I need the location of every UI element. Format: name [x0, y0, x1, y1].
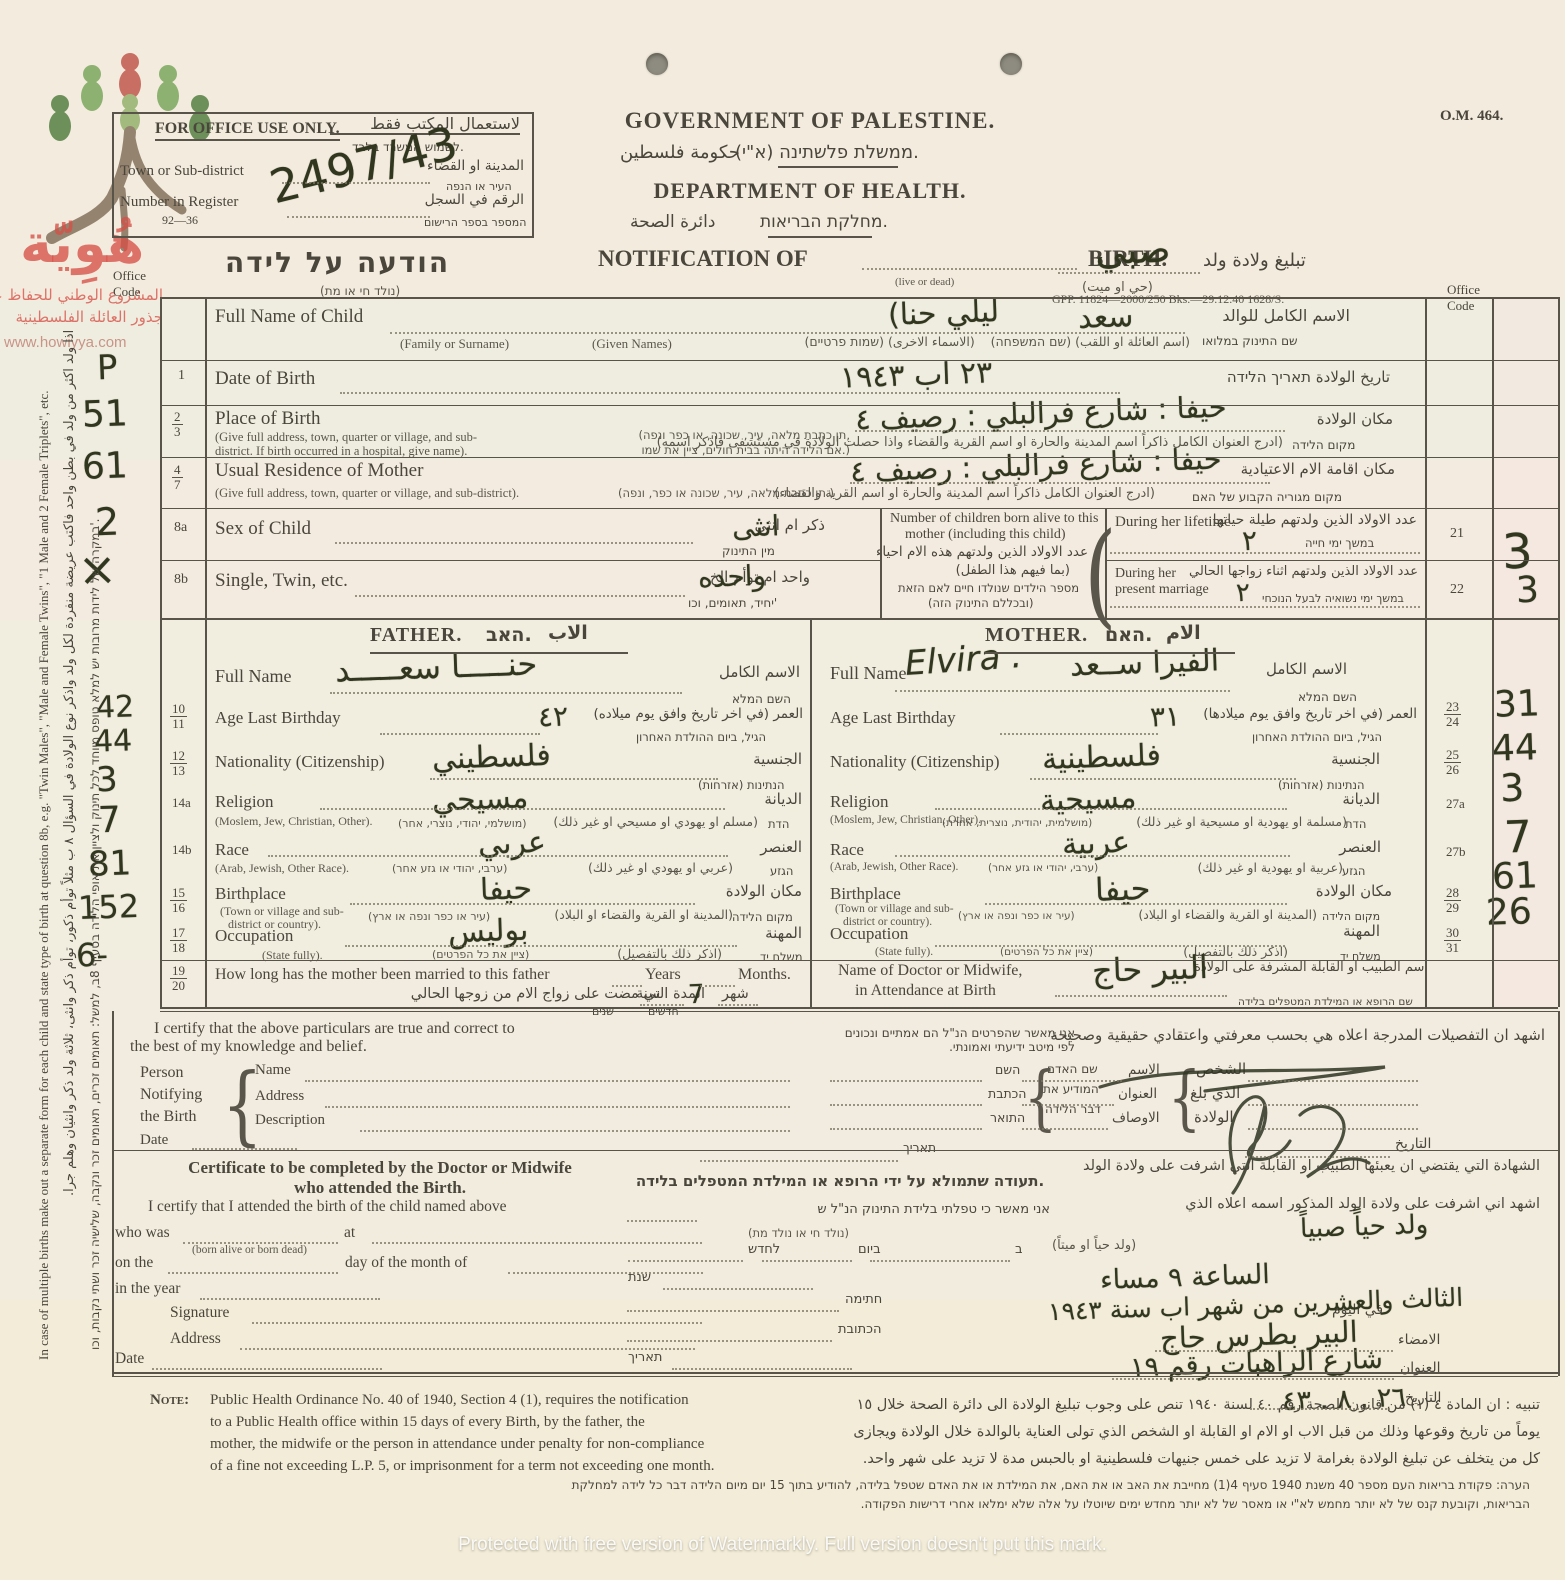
mother-age-he: הגיל, ביום ההולדת האחרון [1252, 730, 1382, 744]
write-on-line [1245, 1156, 1390, 1158]
rule-line [112, 1376, 1558, 1377]
rule-line [160, 618, 1558, 620]
doctor-cert-he-sub: (נולד חי או נולד מת) [748, 1226, 849, 1240]
father-religion-label: Religion [215, 792, 274, 812]
ar-signature-label: الامضاء [1398, 1332, 1440, 1348]
mother-race-sub-en: (Arab, Jewish, Other Race). [830, 861, 958, 873]
place-label-ar: مكان الولادة [1288, 410, 1393, 428]
handwriting-code-22: 3 [1515, 570, 1539, 612]
he-signature-label: חתימה [845, 1292, 882, 1307]
rule-line [1105, 508, 1107, 618]
doctor-midwife-label-1: Name of Doctor or Midwife, [838, 962, 1022, 980]
write-on-line [895, 690, 1230, 692]
he-month-label: לחדש [748, 1242, 780, 1257]
who-was-label: who was [115, 1224, 170, 1242]
date-of-birth-label-arhe: تاريخ الولادة תאריך הלידה [1130, 368, 1390, 386]
mother-race-label: Race [830, 840, 864, 860]
handwriting-sex: انثى [731, 509, 779, 544]
rule-line [768, 236, 872, 238]
write-on-line [1058, 272, 1200, 274]
rule-line [985, 652, 1235, 654]
father-race-sub-en: (Arab, Jewish, Other Race). [215, 861, 349, 876]
rule-line [160, 360, 1558, 361]
notifier-he-name: השם [995, 1062, 1020, 1077]
handwriting-code-25: 44 [1491, 727, 1538, 770]
code-22: 22 [1450, 582, 1464, 598]
mother-religion-ar: الديانة [1310, 790, 1380, 808]
write-on-line [1022, 1080, 1122, 1082]
on-the-label: on the [115, 1254, 153, 1272]
father-age-label: Age Last Birthday [215, 708, 341, 728]
handwriting-mother-age: ٣١ [1149, 699, 1180, 733]
code-bottom: 18 [170, 941, 187, 955]
write-on-line [1155, 1350, 1393, 1352]
single-twin-label-he: יחיד, תאומים, וכו' [688, 596, 777, 610]
children-born-label-he: מספר הילדים שנולדו חיים לאם הזאת [898, 581, 1079, 595]
doctor-cert-title-en: Certificate to be completed by the Docto… [130, 1158, 630, 1198]
father-header-ar: الاب [548, 622, 588, 644]
father-full-name-ar: الاسم الكامل [688, 663, 800, 681]
write-on-line [350, 903, 695, 905]
father-religion-sub-en: (Moslem, Jew, Christian, Other). [215, 814, 373, 829]
family-surname-sub: (Family or Surname) [400, 336, 509, 352]
handwriting-mother-nationality: فلسطينية [1041, 738, 1161, 777]
rule-line [160, 297, 1558, 299]
usual-residence-label: Usual Residence of Mother [215, 460, 423, 482]
write-on-line [335, 542, 693, 544]
register-number-range: 92—36 [162, 213, 198, 228]
single-twin-label: Single, Twin, etc. [215, 570, 348, 592]
he-address-label: הכתובת [838, 1322, 882, 1337]
place-label-he: מקום הלידה [1292, 438, 1355, 452]
row-code-28-29: 2829 [1444, 886, 1461, 916]
town-subdistrict-label-en: Town or Sub-district [120, 163, 244, 180]
code-bottom: 13 [170, 764, 187, 778]
write-on-line [850, 482, 1270, 484]
address-label: Address [170, 1330, 221, 1348]
code-21: 21 [1450, 526, 1464, 542]
write-on-line [168, 1272, 338, 1274]
handwriting-code-23: 31 [1493, 683, 1540, 726]
row-code-25-26: 2526 [1444, 748, 1461, 778]
children-born-label-2: mother (including this child) [905, 527, 1066, 543]
rule-line [160, 560, 880, 561]
code-top: 28 [1444, 886, 1461, 901]
person-label: Person [140, 1064, 184, 1082]
mother-occupation-label: Occupation [830, 924, 908, 944]
father-age-he: הגיל, ביום ההולדת האחרון [636, 730, 766, 744]
mother-nationality-label: Nationality (Citizenship) [830, 752, 1000, 772]
father-race-ar: العنصر [736, 838, 802, 856]
code-top: 15 [170, 886, 187, 901]
write-on-line [700, 1160, 898, 1162]
children-born-label-ar: عدد الاولاد الذين ولدتهم هذه الام احياء [893, 544, 1088, 560]
handwriting-children-marriage: ٢ [1235, 578, 1250, 608]
mother-birthplace-ar: مكان الولادة [1292, 882, 1392, 900]
sidebar-instruction-ar: اذا ولد اكثر من ولد في بطن واحد فاكتب عر… [62, 330, 77, 1360]
write-on-line [282, 182, 430, 184]
row-code-12-13: 1213 [170, 749, 187, 779]
doctor-cert-title-he: תעודה שתמולא על ידי הרופא או המילדת המטפ… [620, 1172, 1060, 1190]
notifier-he-date: תאריך [903, 1140, 936, 1155]
mother-header-ar: الام [1166, 622, 1201, 644]
notifier-name-label: Name [255, 1062, 291, 1079]
mother-birthplace-label: Birthplace [830, 884, 901, 904]
notifier-he-description: התואר [990, 1110, 1025, 1125]
mother-religion-label: Religion [830, 792, 889, 812]
margin-code-father-occ: 152 [77, 887, 139, 927]
mother-occupation-sub-en: (State fully). [875, 946, 933, 958]
office-code-word: Office [113, 268, 146, 283]
mother-birthplace-sub-en1: (Town or village and sub- [835, 903, 954, 915]
watermarkly-notice: Protected with free version of Watermark… [0, 1534, 1565, 1556]
married-months-ar: شهر [722, 986, 749, 1002]
code-bottom: 26 [1444, 763, 1461, 777]
mother-birthplace-sub-ar: (المدينة او القرية والقضاء او البلاد) [1082, 907, 1317, 922]
certify-line1: I certify that the above particulars are… [154, 1020, 515, 1037]
handwriting-live-or-dead: صبي [1094, 227, 1171, 274]
during-marriage-label-he: במשך ימי נשואיה לבעל הנוכחי [1262, 592, 1404, 605]
row-code-15-16: 1516 [170, 886, 187, 916]
write-on-line [430, 778, 718, 780]
father-race-he: הגזע [770, 864, 793, 878]
code-top: 25 [1444, 748, 1461, 763]
register-number-label-ar: الرقم في السجل [432, 192, 524, 208]
write-on-line [325, 1106, 790, 1108]
during-marriage-label-ar: عدد الاولاد الذين ولدتهم اثناء زواجها ال… [1188, 564, 1418, 579]
register-number-label-he: המספר בספר הרישום [424, 216, 526, 229]
mother-full-name-he: השם המלא [1298, 690, 1357, 704]
write-on-line [340, 392, 1120, 394]
father-nationality-ar: الجنسية [722, 750, 802, 768]
write-on-line [183, 1242, 338, 1244]
residence-sub-ar: (ادرج العنوان الكامل ذاكراً اسم المدينة … [880, 486, 1155, 501]
in-the-year-label: in the year [115, 1280, 180, 1298]
write-on-line [830, 1104, 982, 1106]
mother-race-he: הגזע [1342, 864, 1365, 878]
write-on-line [895, 855, 1290, 857]
handwriting-single-twin: واحده [697, 559, 766, 594]
handwriting-born-alive: ولد حياً صبياً [1300, 1210, 1429, 1244]
father-occupation-label: Occupation [215, 926, 293, 946]
code-bottom: 11 [170, 717, 187, 731]
write-on-line [870, 1260, 1010, 1262]
married-how-long-label: How long has the mother been married to … [215, 966, 550, 984]
notifying-label: Notifying [140, 1086, 202, 1104]
born-alive-dead-sub: (born alive or born dead) [192, 1244, 307, 1256]
mother-religion-sub-ar: (مسلمة او يهودية او مسيحية او غير ذلك) [1092, 814, 1347, 829]
father-full-name-he: השם המלא [732, 692, 791, 706]
father-full-name-label: Full Name [215, 666, 292, 687]
day-of-month-label: day of the month of [345, 1254, 467, 1272]
mother-race-ar: العنصر [1315, 838, 1381, 856]
notification-sub-en: (live or dead) [895, 276, 954, 288]
write-on-line [252, 1322, 702, 1324]
father-religion-he: הדת [768, 817, 789, 831]
office-code-word: Code [113, 284, 140, 299]
write-on-line [372, 1242, 702, 1244]
punch-hole [1000, 53, 1022, 75]
residence-sub-en: (Give full address, town, quarter or vil… [215, 486, 519, 501]
certify-statement-en: I certify that the above particulars are… [130, 1020, 615, 1056]
full-name-of-child-label: Full Name of Child [215, 306, 363, 328]
mother-birthplace-sub-he: (עיר או כפר ונפה או ארץ) [958, 910, 1075, 922]
department-title-he: מחלקת הבריאות. [760, 212, 888, 232]
doctor-cert-ar-line1: اشهد اني اشرفت على ولادة الولد المذكور ا… [1060, 1196, 1540, 1212]
write-on-line [1248, 1104, 1418, 1106]
married-years-ar: سنة [636, 986, 660, 1002]
write-on-line [627, 1220, 697, 1222]
notification-sub-he: (נולד חי או מת) [320, 284, 400, 298]
write-on-line [830, 1080, 982, 1082]
rule-line [160, 405, 1558, 406]
write-on-line [855, 430, 1285, 432]
residence-label-he: מקום מגוריה הקבוע של האם [1192, 490, 1342, 504]
handwriting-mother-name-latin: Elvira . [904, 636, 1023, 684]
during-marriage-label-en2: present marriage [1115, 582, 1209, 598]
notification-title-ar: تبليغ ولادة ولد [1203, 250, 1306, 271]
write-on-line [268, 855, 728, 857]
doctor-cert-line1-en: I certify that I attended the birth of t… [148, 1198, 507, 1216]
rule-line [112, 1011, 114, 1376]
row-code-23-24: 2324 [1444, 700, 1461, 730]
sidebar-instruction-he: במקרה של לידות מרובות יש למלא טופס מיוחד… [88, 340, 102, 1350]
write-on-line [1055, 995, 1227, 997]
father-birthplace-he: מקום הלידה [732, 910, 793, 924]
write-on-line [152, 1368, 382, 1370]
rule-line [1105, 560, 1558, 561]
handwriting-mother-name-arabic: الفيرا ســعد [1069, 643, 1219, 683]
code-top: 4 [172, 463, 183, 478]
handwriting-code-27a: 3 [1499, 766, 1525, 811]
date-of-birth-label: Date of Birth [215, 368, 315, 390]
doctor-cert-title-ar: الشهادة التي يقتضي ان يعبئها الطبيب او ا… [1055, 1158, 1540, 1174]
father-religion-sub-ar: (مسلم او يهودي او مسيحي او غير ذلك) [508, 814, 758, 829]
write-on-line [1110, 552, 1420, 554]
name-columns-sub-arhe: (اسم العائلة او اللقب) (שם המשפחה) (الاس… [870, 334, 1190, 349]
write-on-line [287, 216, 430, 218]
code-top: 17 [170, 926, 187, 941]
government-title-he: ממשלת פלשתינה (א"י). [735, 142, 919, 163]
father-birthplace-ar: مكان الولادة [700, 882, 802, 900]
write-on-line [192, 1148, 297, 1150]
given-names-sub: (Given Names) [592, 336, 672, 352]
write-on-line [390, 332, 1185, 334]
write-on-line [627, 1340, 832, 1342]
code-bottom: 24 [1444, 715, 1461, 729]
signature-label: Signature [170, 1304, 229, 1322]
code-bottom: 29 [1444, 901, 1461, 915]
row-code-30-31: 3031 [1444, 926, 1461, 956]
full-name-label-ar: الاسم الكامل للوالد [1195, 306, 1350, 325]
father-birthplace-sub-ar: (المدينة او القرية والقضاء او البلاد) [498, 907, 733, 922]
write-on-line [628, 1260, 743, 1262]
rule-line [778, 166, 898, 168]
handwriting-given-names: (ليلي حنا [887, 294, 999, 333]
write-on-line [1250, 1408, 1390, 1410]
write-on-line [330, 692, 682, 694]
rule-line [1558, 1011, 1560, 1376]
father-occupation-ar: المهنة [742, 924, 802, 942]
write-on-line [200, 1298, 380, 1300]
place-sub-en-1: (Give full address, town, quarter or vil… [215, 430, 477, 445]
code-top: 30 [1444, 926, 1461, 941]
during-lifetime-label-he: במשך ימי חייה [1305, 536, 1374, 550]
he-b-label: ב [1015, 1242, 1023, 1257]
children-born-label-he2: (ובכללם התינוק הזה) [928, 596, 1033, 610]
sidebar-instruction-en: In case of multiple births make out a se… [36, 330, 52, 1360]
sex-of-child-label: Sex of Child [215, 518, 311, 540]
row-code-10-11: 1011 [170, 702, 187, 732]
certify-line2: the best of my knowledge and belief. [130, 1038, 367, 1055]
mother-race-sub-ar: (عربية او يهودية او غير ذلك) [1128, 860, 1343, 875]
code-bottom: 7 [172, 478, 183, 492]
doctor-cert-he-line1: אני מאשר כי טפלתי בלידת התינוק הנ"ל ש [680, 1202, 1050, 1217]
write-on-line [1030, 778, 1296, 780]
handwriting-family-name: سعد [1077, 299, 1134, 336]
father-header-en: FATHER. [370, 624, 462, 647]
write-on-line [1112, 1378, 1394, 1380]
date-label: Date [115, 1350, 144, 1368]
certify-statement-he: אני מאשר שהפרטים הנ"ל הם אמתיים ונכונים … [840, 1026, 1075, 1054]
mother-full-name-label: Full Name [830, 663, 907, 684]
row-code-8a: 8a [174, 520, 187, 536]
department-title-en: DEPARTMENT OF HEALTH. [600, 178, 1020, 204]
place-of-birth-label: Place of Birth [215, 408, 321, 430]
handwriting-father-nationality: فلسطيني [431, 738, 551, 777]
office-code-word: Office [1447, 282, 1480, 297]
write-on-line [672, 1368, 852, 1370]
write-on-line [1022, 1128, 1108, 1130]
certify-statement-ar: اشهد ان التفصيلات المدرجة اعلاه هي بحسب … [1080, 1026, 1545, 1044]
code-bottom: 20 [170, 979, 187, 993]
write-on-line [862, 268, 1077, 270]
during-marriage-label-en1: During her [1115, 566, 1176, 582]
married-years-label: Years [645, 966, 681, 984]
write-on-line [355, 595, 685, 597]
code-top: 2 [172, 410, 183, 425]
write-on-line [762, 1260, 852, 1262]
row-code-8b: 8b [174, 572, 188, 588]
children-born-label-1: Number of children born alive to this [890, 511, 1098, 527]
rule-line [160, 297, 162, 1007]
notifier-date-label: Date [140, 1132, 168, 1149]
write-on-line [360, 1130, 790, 1132]
row-code-17-18: 1718 [170, 926, 187, 956]
department-title-ar: دائرة الصحة [630, 212, 780, 232]
doctor-midwife-label-ar: اسم الطبيب او القابلة المشرفة على الولاد… [1232, 960, 1428, 975]
rule-line [1558, 297, 1560, 1007]
row-code-14a: 14a [172, 795, 191, 811]
note-en-line1: Public Health Ordinance No. 40 of 1940, … [210, 1392, 689, 1409]
rule-line [810, 618, 812, 1007]
government-title-en: GOVERNMENT OF PALESTINE. [600, 108, 1020, 134]
rule-line [205, 297, 207, 1007]
punch-hole [646, 53, 668, 75]
handwriting-mother-religion: مسيحية [1039, 780, 1137, 818]
handwriting-doctor-name: البير حاج [1091, 948, 1208, 990]
notifier-address-label: Address [255, 1088, 304, 1105]
write-on-line [640, 1004, 684, 1006]
write-on-line [305, 1080, 790, 1082]
office-use-title-en: FOR OFFICE USE ONLY. [155, 120, 340, 141]
children-born-label-ar2: (بما فيهم هذا الطفل) [930, 563, 1070, 578]
note-en-line4: of a fine not exceeding L.P. 5, or impri… [210, 1458, 714, 1475]
write-on-line [627, 1310, 839, 1312]
write-on-line [1000, 733, 1158, 735]
rule-line [160, 457, 1558, 458]
code-bottom: 31 [1444, 941, 1461, 955]
write-on-line [612, 985, 642, 987]
rule-line [112, 1372, 1558, 1374]
full-name-label-he: שם התינוק במלואו [1202, 334, 1298, 348]
father-religion-ar: الديانة [732, 790, 802, 808]
rule-line [370, 652, 628, 654]
notification-title-en: NOTIFICATION OF [598, 246, 808, 272]
write-on-line [345, 945, 737, 947]
write-on-line [1248, 1080, 1418, 1082]
notification-title-he: הודעה על לידה [225, 246, 450, 279]
married-months-label: Months. [738, 966, 791, 984]
rule-line [1425, 297, 1427, 1007]
sex-label-he: מין התינוק [722, 544, 775, 558]
doctor-cert-ar-sub: (ولد حياً او ميتاً) [1052, 1238, 1136, 1253]
mother-religion-he: הדת [1345, 817, 1366, 831]
handwriting-date-of-birth: ٢٣ اب ١٩٤٣ [839, 355, 992, 395]
mother-occupation-ar: المهنة [1322, 922, 1380, 940]
mother-nationality-ar: الجنسية [1300, 750, 1380, 768]
he-byom-label: ביום [858, 1242, 881, 1257]
row-code-1: 1 [178, 368, 185, 384]
handwriting-father-age: ٤٢ [537, 699, 568, 733]
rule-line [1492, 297, 1494, 1007]
rule-line [880, 508, 882, 618]
note-label: Note: [150, 1392, 189, 1409]
note-en-line2: to a Public Health office within 15 days… [210, 1414, 645, 1431]
at-label: at [344, 1224, 355, 1242]
row-code-19-20: 1920 [170, 964, 187, 994]
write-on-line [830, 1128, 982, 1130]
write-on-line [718, 1004, 758, 1006]
he-date-label: תאריך [628, 1350, 662, 1365]
handwriting-father-religion: مسيحي [431, 780, 528, 818]
father-birthplace-label: Birthplace [215, 884, 286, 904]
office-code-word: Code [1447, 298, 1474, 313]
scanned-birth-notification-form: هُوِيّة المشروع الوطني للحفاظ على جذور ا… [0, 0, 1565, 1580]
row-code-27a: 27a [1446, 796, 1465, 812]
row-code-14b: 14b [172, 842, 192, 858]
mother-age-label: Age Last Birthday [830, 708, 956, 728]
the-birth-label: the Birth [140, 1108, 196, 1126]
code-top: 12 [170, 749, 187, 764]
write-on-line [1022, 1104, 1114, 1106]
write-on-line [935, 808, 1287, 810]
write-on-line [240, 1348, 695, 1350]
write-on-line [663, 1288, 813, 1290]
father-race-sub-ar: (عربي او يهودي او غير ذلك) [528, 860, 733, 875]
father-race-label: Race [215, 840, 249, 860]
rule-line [112, 1150, 1558, 1151]
cert-title-line1: Certificate to be completed by the Docto… [188, 1158, 572, 1177]
father-header-he: האב. [486, 624, 532, 646]
register-number-label-en: Number in Register [120, 194, 238, 211]
rule-line [160, 508, 1558, 509]
rule-line [160, 1011, 1558, 1012]
watermark-tagline-2: جذور العائلة الفلسطينية [0, 308, 163, 326]
code-top: 10 [170, 702, 187, 717]
father-occupation-he: משלח יד [760, 950, 803, 964]
mother-age-ar: العمر (في اخر تاريخ وافق يوم ميلادها) [1162, 706, 1417, 722]
